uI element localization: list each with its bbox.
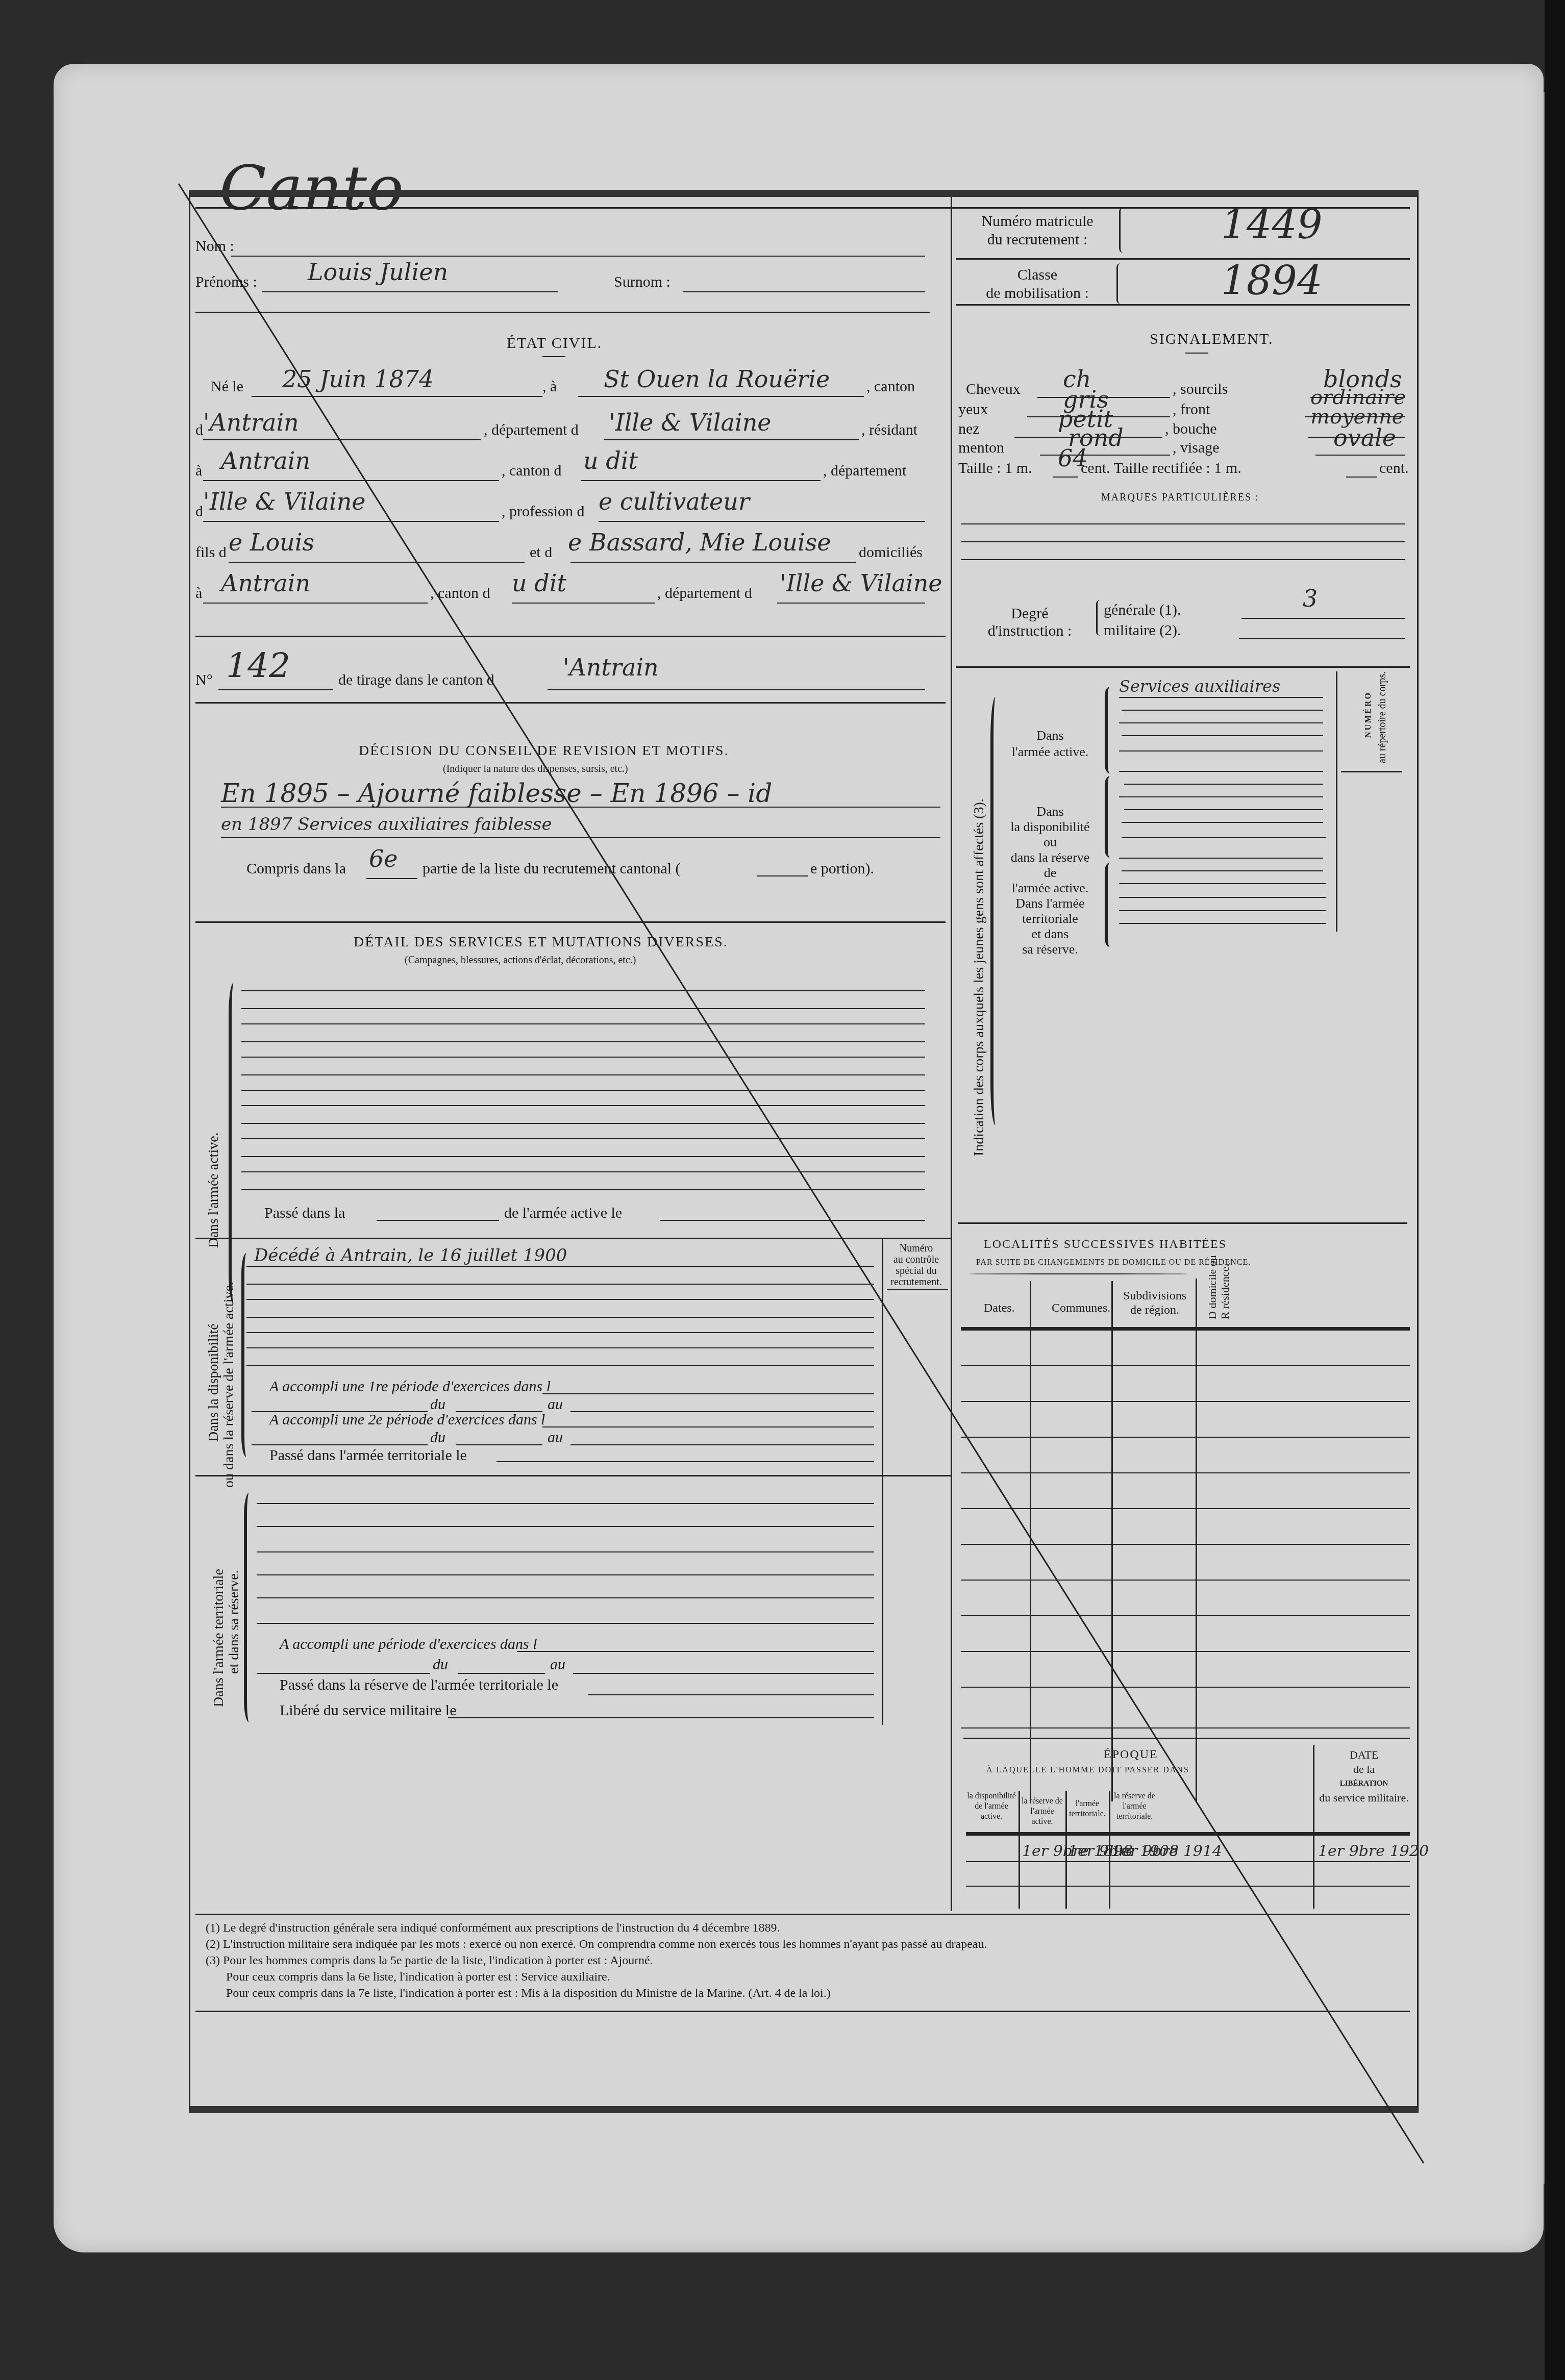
periode2-label: A accompli une 2e période d'exercices da… [269, 1411, 545, 1429]
matricule-value: 1449 [1221, 202, 1323, 248]
pere: e Louis [229, 529, 314, 556]
matricule-label: Numéro matriculedu recrutement : [961, 212, 1114, 249]
matricule-form: Nom : Prénoms : Louis Julien Surnom : Nu… [189, 190, 1419, 2113]
corps-group-disponibilite: Dansla disponibilitéoudans la réservedel… [1002, 804, 1099, 896]
numero-controle-label: Numéroau contrôlespécial durecrutement. [884, 1243, 948, 1288]
periode1-label: A accompli une 1re période d'exercices d… [269, 1378, 551, 1395]
passe-territoriale-label: Passé dans l'armée territoriale le [269, 1447, 467, 1464]
corps-side-label: Indication des corps auxquels les jeunes… [971, 798, 987, 1156]
periode-territoriale-label: A accompli une période d'exercices dans … [280, 1636, 537, 1653]
signalement-title: SIGNALEMENT. [1150, 331, 1274, 348]
localites-title: LOCALITÉS SUCCESSIVES HABITÉES [984, 1238, 1227, 1251]
passe-reserve-territoriale-label: Passé dans la réserve de l'armée territo… [280, 1676, 558, 1694]
etat-civil-title: ÉTAT CIVIL. [507, 335, 602, 352]
residence: Antrain [221, 447, 310, 474]
libere-label: Libéré du service militaire le [280, 1702, 457, 1719]
decision-line-2: en 1897 Services auxiliaires faiblesse [221, 814, 552, 835]
epoque-col-disponibilite: la disponibilité de l'armée active. [966, 1791, 1017, 1822]
territoriale-side-label-1: Dans l'armée territoriale [211, 1569, 227, 1707]
note-3c: Pour ceux compris dans la 7e liste, l'in… [226, 1987, 831, 2000]
domicile-parents: Antrain [221, 569, 310, 597]
disponibilite-side-label-2: ou dans la réserve de l'armée active. [221, 1282, 237, 1488]
date-reserve-territoriale: 1er 9bre 1914 [1111, 1842, 1222, 1860]
corps-active-entry: Services auxiliaires [1119, 677, 1280, 696]
numero-repertoire-label-2: au répertoire du corps. [1377, 671, 1388, 763]
canton-residence: u dit [583, 447, 638, 474]
departement-residence: 'Ille & Vilaine [203, 488, 365, 515]
date-liberation-header: DATEde laLIBÉRATIONdu service militaire. [1318, 1748, 1410, 1805]
prenoms-value: Louis Julien [308, 258, 448, 286]
mere: e Bassard, Mie Louise [568, 529, 831, 556]
epoque-col-reserve-active: la réserve de l'armée active. [1021, 1796, 1064, 1827]
localites-col-communes: Communes. [1052, 1301, 1110, 1315]
passe-dans-label: Passé dans la [264, 1205, 345, 1222]
localites-col-dates: Dates. [984, 1301, 1015, 1315]
instruction-generale-value: 3 [1303, 585, 1318, 612]
partie-value: 6e [369, 845, 398, 872]
date-liberation: 1er 9bre 1920 [1318, 1842, 1429, 1860]
epoque-subtitle: À LAQUELLE L'HOMME DOIT PASSER DANS [986, 1766, 1189, 1775]
services-title: DÉTAIL DES SERVICES ET MUTATIONS DIVERSE… [354, 934, 728, 950]
decision-subtitle: (Indiquer la nature des dispenses, sursi… [443, 763, 628, 775]
note-1: (1) Le degré d'instruction générale sera… [206, 1921, 780, 1935]
prenoms-label: Prénoms : [195, 273, 257, 291]
departement-parents: 'Ille & Vilaine [780, 569, 942, 597]
dr-label-2: R résidence. [1219, 1264, 1232, 1319]
instruction-label: Degréd'instruction : [971, 605, 1088, 640]
note-2: (2) L'instruction militaire sera indiqué… [206, 1938, 987, 1951]
tirage-numero: 142 [226, 646, 290, 685]
canton-parents: u dit [512, 569, 566, 597]
active-side-label: Dans l'armée active. [206, 1132, 222, 1248]
tirage-canton: 'Antrain [563, 654, 659, 681]
note-3b: Pour ceux compris dans la 6e liste, l'in… [226, 1970, 610, 1984]
decision-title: DÉCISION DU CONSEIL DE REVISION ET MOTIF… [359, 743, 729, 759]
marques-title: MARQUES PARTICULIÈRES : [1101, 492, 1259, 504]
note-3: (3) Pour les hommes compris dans la 5e p… [206, 1954, 653, 1968]
canton-naissance: 'Antrain [203, 409, 299, 436]
dr-label-1: D domicile ou [1206, 1255, 1219, 1319]
corps-group-territoriale: Dans l'arméeterritorialeet danssa réserv… [1002, 896, 1099, 957]
classe-value: 1894 [1221, 258, 1323, 304]
surnom-label: Surnom : [614, 273, 670, 291]
nom-label: Nom : [195, 238, 234, 255]
decision-line-1: En 1895 – Ajourné faiblesse – En 1896 – … [221, 779, 772, 808]
services-subtitle: (Campagnes, blessures, actions d'éclat, … [405, 955, 636, 966]
corps-group-active: Dansl'armée active. [1002, 728, 1099, 760]
disponibilite-side-label-1: Dans la disponibilité [206, 1323, 222, 1442]
date-naissance: 25 Juin 1874 [282, 365, 434, 393]
deces-entry: Décédé à Antrain, le 16 juillet 1900 [254, 1245, 567, 1266]
lieu-naissance: St Ouen la Rouërie [604, 365, 830, 393]
numero-repertoire-label-1: NUMÉRO [1364, 691, 1373, 738]
classe-label: Classede mobilisation : [961, 266, 1114, 303]
territoriale-side-label-2: et dans sa réserve. [226, 1570, 242, 1674]
book-spine [1545, 0, 1565, 2380]
localites-col-subdivisions: Subdivisions de région. [1116, 1289, 1193, 1317]
departement-naissance: 'Ille & Vilaine [609, 409, 771, 436]
epoque-col-territoriale: l'armée territoriale. [1067, 1799, 1108, 1819]
profession: e cultivateur [599, 488, 750, 515]
visage-value: ovale [1333, 424, 1396, 452]
epoque-title: ÉPOQUE [1104, 1748, 1158, 1762]
epoque-col-reserve-territoriale: la réserve de l'armée territoriale. [1110, 1791, 1159, 1822]
